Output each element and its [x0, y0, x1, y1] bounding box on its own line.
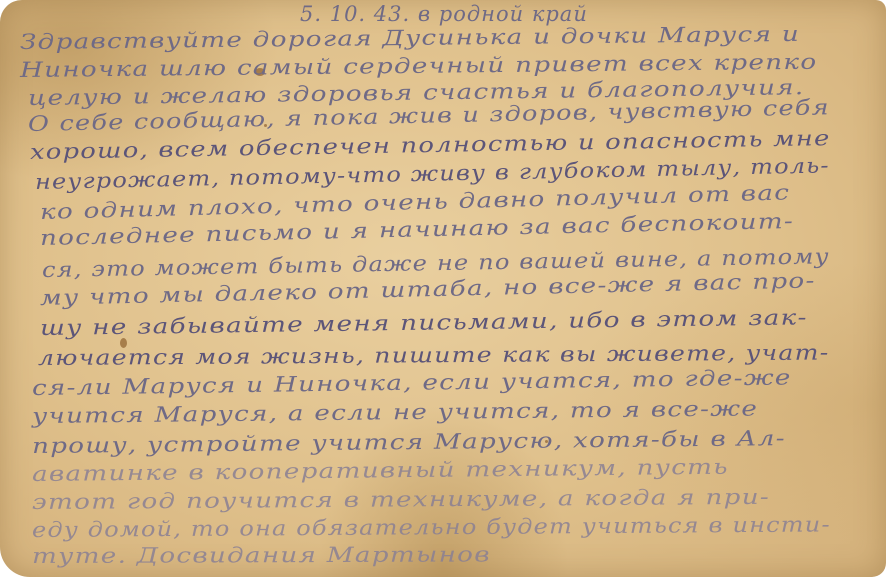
letter-date-header: 5. 10. 43. в родной край: [300, 2, 588, 26]
letter-line-18: еду домой, то она обязательно будет учит…: [32, 512, 831, 542]
letter-line-15: прошу, устройте учится Марусю, хотя-бы в…: [32, 426, 786, 458]
letter-closing-line: туте. Досвидания Мартынов: [32, 542, 491, 568]
letter-line-16: аватинке в кооперативный техникум, пусть: [32, 455, 729, 486]
letter-line-1: Здравствуйте дорогая Дусинька и дочки Ма…: [20, 22, 800, 54]
letter-line-14: учится Маруся, а если не учится, то я вс…: [32, 396, 758, 428]
letter-line-13: ся-ли Маруся и Ниночка, если учатся, то …: [32, 365, 792, 400]
letter-line-11: шу не забывайте меня письмами, ибо в это…: [40, 305, 808, 340]
letter-line-17: этот год поучится в техникуме, а когда я…: [32, 485, 770, 514]
postcard-paper: 5. 10. 43. в родной край Здравствуйте до…: [0, 0, 886, 577]
